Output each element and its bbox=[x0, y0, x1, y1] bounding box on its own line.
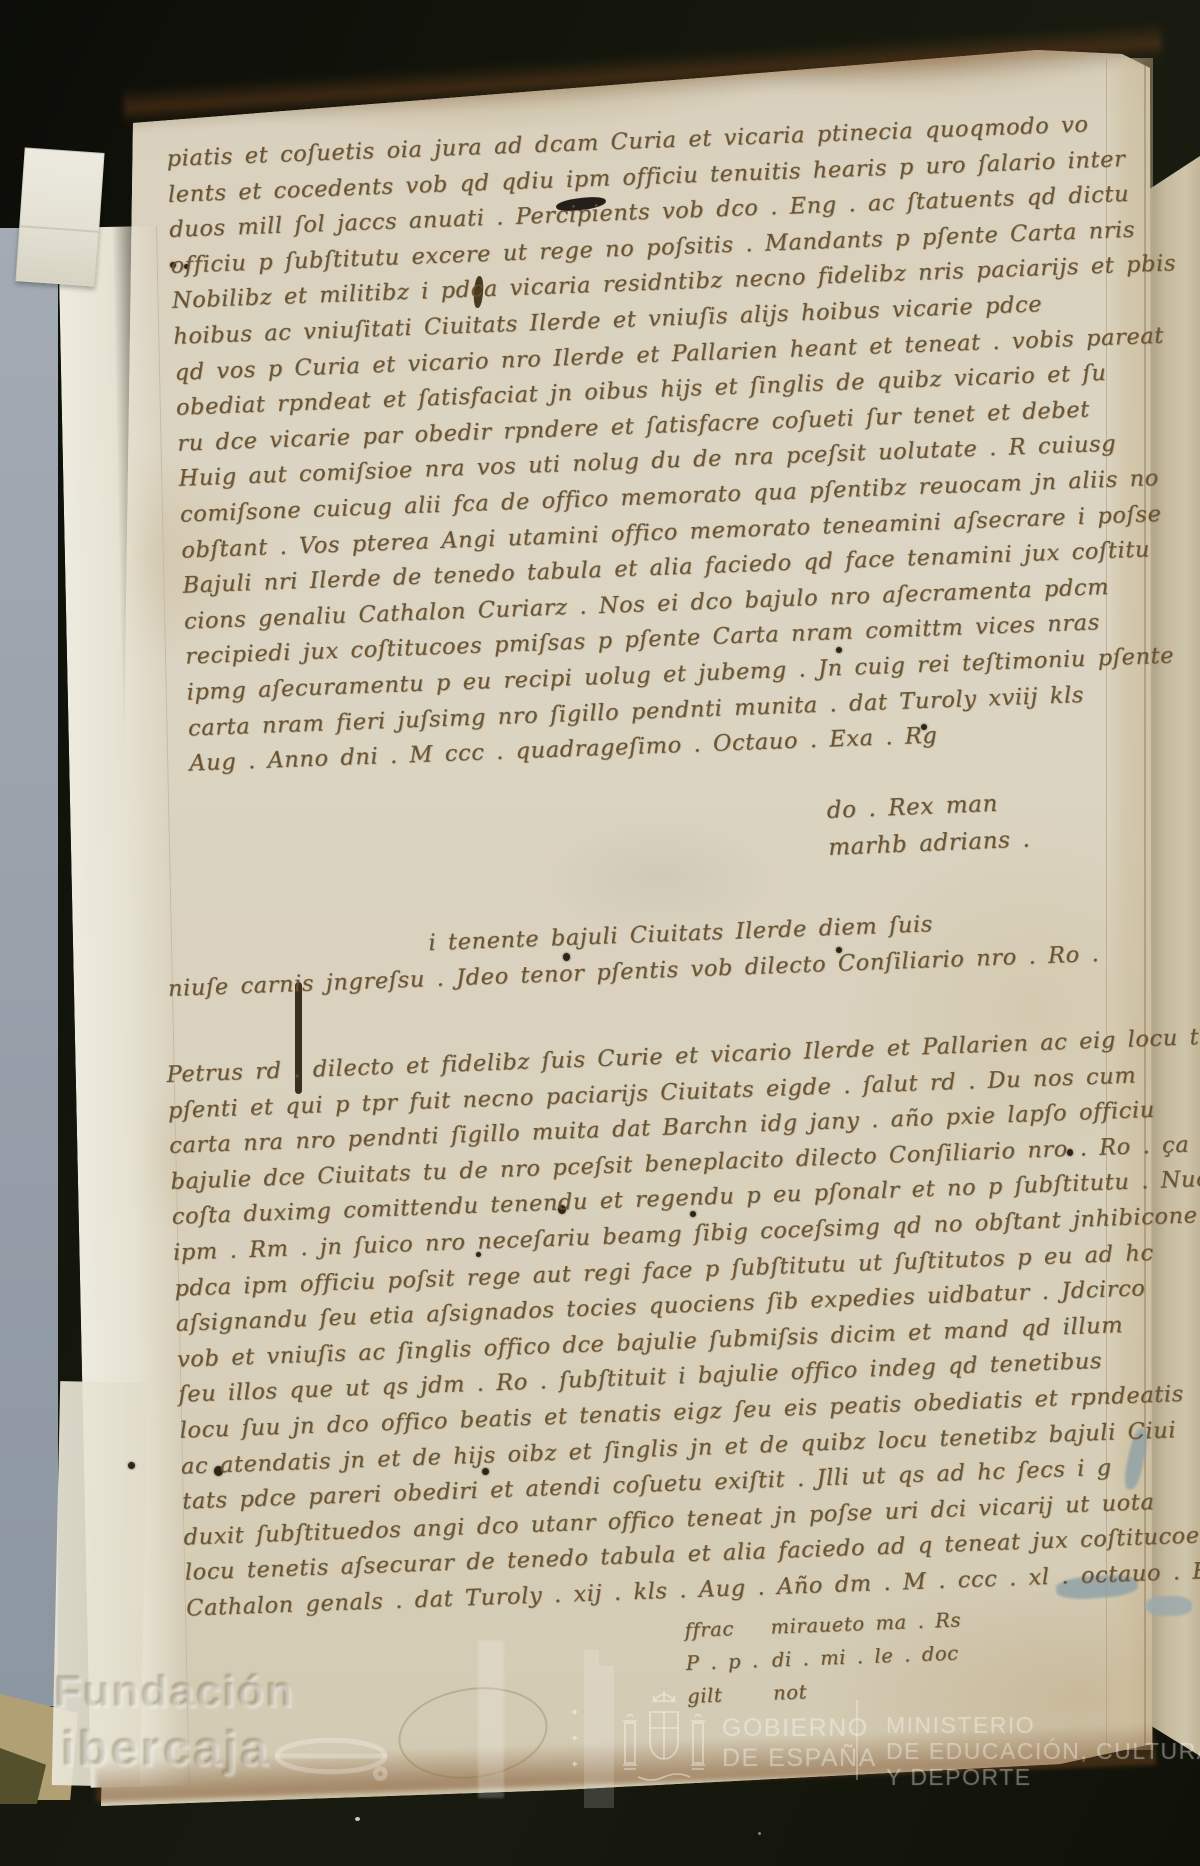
registry-note-left: P . p . bbox=[685, 1644, 772, 1680]
gobierno-watermark-line2: DE ESPAÑA bbox=[722, 1744, 877, 1773]
manuscript-text-block-2: Petrus rd . dilecto et fidelibz ſuis Cur… bbox=[166, 1017, 1200, 1627]
registry-note-left: ffrac bbox=[684, 1611, 771, 1647]
wormhole bbox=[128, 1462, 135, 1469]
registry-notes: ffracmiraueto ma . RsP . p .di . mi . le… bbox=[684, 1603, 964, 1713]
star-icon: ✦ bbox=[570, 1706, 579, 1719]
ibercaja-logo-icon bbox=[270, 1716, 398, 1794]
manuscript-text-block-1: piatis et coſuetis oia jura ad dcam Curi… bbox=[166, 104, 1194, 782]
spain-coat-of-arms-icon bbox=[616, 1686, 712, 1786]
registry-note-right: not bbox=[772, 1675, 807, 1709]
star-icon: ✦ bbox=[570, 1758, 579, 1771]
digitized-manuscript-photo: piatis et coſuetis oia jura ad dcam Curi… bbox=[0, 0, 1200, 1866]
watermark-bar-notch bbox=[584, 1650, 599, 1666]
ministerio-watermark-line3: Y DEPORTE bbox=[886, 1764, 1032, 1791]
fundacion-watermark-line2: ibercaja bbox=[62, 1722, 271, 1778]
star-icon: ✦ bbox=[570, 1732, 579, 1745]
ministerio-watermark-line2: DE EDUCACIÓN, CULTURA bbox=[886, 1738, 1200, 1765]
watermark-bar bbox=[584, 1666, 614, 1808]
gobierno-watermark-line1: GOBIERNO bbox=[722, 1714, 869, 1743]
watermark-divider-line bbox=[856, 1700, 858, 1780]
dust-speck bbox=[355, 1817, 360, 1821]
backing-board-left bbox=[0, 228, 58, 1706]
fundacion-watermark-line1: Fundación bbox=[55, 1668, 295, 1718]
dust-speck bbox=[758, 1832, 761, 1835]
paper-tab-crease bbox=[20, 225, 98, 232]
ministerio-watermark-line1: MINISTERIO bbox=[886, 1712, 1035, 1739]
watermark-strip bbox=[478, 1640, 504, 1798]
grey-smudge bbox=[1146, 1596, 1192, 1616]
royal-signature-lines: do . Rex manmarhb adrians . bbox=[826, 785, 1031, 867]
paper-tab bbox=[15, 147, 104, 286]
